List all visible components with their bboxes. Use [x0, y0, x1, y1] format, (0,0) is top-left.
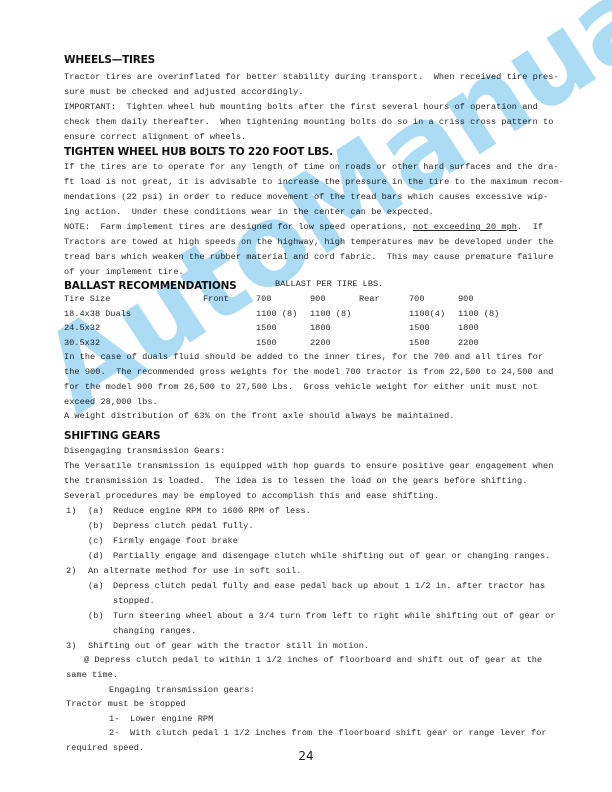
paragraph-line: exceed 28,000 lbs. — [64, 397, 158, 407]
step-item-text: Depress clutch pedal fully and ease peda… — [113, 581, 545, 591]
manual-page: WHEELS—TIRES Tractor tires are overinfla… — [0, 0, 612, 792]
step-item-text: Reduce engine RPM to 1600 RPM of less. — [113, 506, 311, 516]
table-cell: 1100 (8) — [310, 309, 351, 319]
column-header: 900 — [310, 294, 325, 304]
step-item-label: (b) — [88, 611, 104, 621]
step-item-label: (d) — [88, 551, 104, 561]
step-item-text-cont: stopped. — [113, 596, 155, 606]
paragraph-line: check them daily thereafter. When tighte… — [64, 117, 553, 127]
step-item-text: Turn steering wheel about a 3/4 turn fro… — [113, 611, 556, 621]
step-item-label: (b) — [88, 521, 104, 531]
paragraph-line: In the case of duals fluid should be add… — [64, 352, 543, 362]
section-heading-wheels-tires: WHEELS—TIRES — [64, 54, 155, 66]
table-cell: 24.5x32 — [64, 323, 100, 333]
note-text: NOTE: Farm implement tires are designed … — [64, 222, 413, 232]
paragraph-line: tread bars which weaken the rubber mater… — [64, 252, 553, 262]
column-header: 900 — [458, 294, 473, 304]
paragraph-line: The Versatile transmission is equipped w… — [64, 461, 553, 471]
paragraph-line: ing action. Under these conditions wear … — [64, 207, 434, 217]
step-item-text: With clutch pedal 1 1/2 inches from the … — [130, 728, 547, 738]
step-number: 3) — [66, 641, 76, 651]
step-detail-cont: same time. — [66, 670, 118, 680]
section-heading-tighten-bolts: TIGHTEN WHEEL HUB BOLTS TO 220 FOOT LBS. — [64, 146, 333, 158]
step-item-text-cont: changing ranges. — [113, 626, 196, 636]
column-header: Front — [203, 294, 229, 304]
table-cell: 1800 — [310, 323, 331, 333]
table-cell: 1100 (8) — [256, 309, 297, 319]
paragraph-line: sure must be checked and adjusted accord… — [64, 87, 304, 97]
paragraph-line: Tractor tires are overinflated for bette… — [64, 72, 559, 82]
table-cell: 30.5x32 — [64, 338, 100, 348]
paragraph-line: for the model 900 from 26,500 to 27,500 … — [64, 382, 538, 392]
step-item-text: Firmly engage foot brake — [113, 536, 238, 546]
paragraph-line: Tractors are towed at high speeds on the… — [64, 237, 553, 247]
paragraph-line: A weight distribution of 63% on the fron… — [64, 411, 455, 421]
column-header: 700 — [409, 294, 424, 304]
table-cell: 2200 — [458, 338, 479, 348]
table-cell: 1500 — [409, 338, 430, 348]
table-cell: 18.4x38 Duals — [64, 309, 131, 319]
step-item-label: (a) — [88, 506, 104, 516]
table-cell: 1500 — [256, 323, 277, 333]
section-heading-ballast: BALLAST RECOMMENDATIONS — [64, 280, 237, 292]
paragraph-line: Tractor must be stopped — [66, 699, 186, 709]
column-header: Rear — [359, 294, 380, 304]
paragraph-line: the 900. The recommended gross weights f… — [64, 367, 553, 377]
subheading: Engaging transmission gears: — [109, 685, 255, 695]
step-item-text: Lower engine RPM — [130, 714, 213, 724]
table-cell: 1800 — [458, 323, 479, 333]
table-cell: 1500 — [409, 323, 430, 333]
step-item-text: Partially engage and disengage clutch wh… — [113, 551, 550, 561]
paragraph-line: ft load is not great, it is advisable to… — [64, 177, 564, 187]
step-number: 2) — [66, 566, 76, 576]
page-number: 24 — [0, 749, 612, 763]
step-item-label: (a) — [88, 581, 104, 591]
note-text-end: . If — [517, 222, 543, 232]
paragraph-line: mendations (22 psi) in order to reduce m… — [64, 192, 548, 202]
step-item-text: Depress clutch pedal fully. — [113, 521, 254, 531]
paragraph-line: Disengaging transmission Gears: — [64, 446, 225, 456]
step-detail: @ Depress clutch pedal to within 1 1/2 i… — [84, 655, 542, 665]
table-cell: 1100(4) — [409, 309, 445, 319]
paragraph-line: If the tires are to operate for any leng… — [64, 162, 559, 172]
note-line: NOTE: Farm implement tires are designed … — [64, 222, 543, 232]
step-item-label: (c) — [88, 536, 104, 546]
step-item-label: 1- — [109, 714, 119, 724]
column-header: 700 — [256, 294, 271, 304]
step-item-label: 2- — [109, 728, 119, 738]
paragraph-line: of your implement tire. — [64, 267, 184, 277]
paragraph-line: the transmission is loaded. The idea is … — [64, 476, 527, 486]
speed-limit-underlined: not exceeding 20 mph — [413, 222, 517, 232]
paragraph-line: ensure correct alignment of wheels. — [64, 132, 246, 142]
ballast-table-title: BALLAST PER TIRE LBS. — [275, 279, 383, 289]
paragraph-line: IMPORTANT: Tighten wheel hub mounting bo… — [64, 102, 538, 112]
step-number: 1) — [66, 506, 76, 516]
column-header: Tire Size — [64, 294, 110, 304]
paragraph-line: Several procedures may be employed to ac… — [64, 491, 439, 501]
table-cell: 1100 (8) — [458, 309, 499, 319]
step-text: Shifting out of gear with the tractor st… — [88, 641, 369, 651]
section-heading-shifting-gears: SHIFTING GEARS — [64, 430, 160, 442]
step-text: An alternate method for use in soft soil… — [88, 566, 302, 576]
table-cell: 1500 — [256, 338, 277, 348]
table-cell: 2200 — [310, 338, 331, 348]
